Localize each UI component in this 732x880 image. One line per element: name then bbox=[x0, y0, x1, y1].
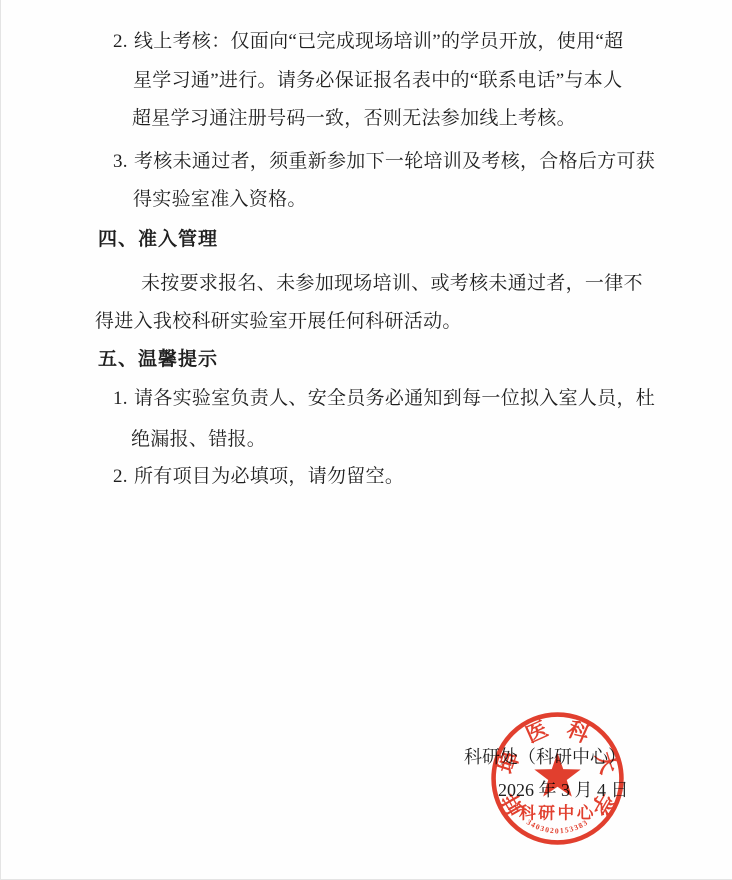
list-number: 1. bbox=[113, 388, 134, 410]
document-page: 2.线上考核：仅面向“已完成现场培训”的学员开放，使用“超 星学习通”进行。请务… bbox=[0, 0, 732, 880]
list-number: 3. bbox=[113, 151, 134, 173]
seal-ring-char: 大 bbox=[591, 749, 621, 777]
list-item-text: 线上考核：仅面向“已完成现场培训”的学员开放，使用“超 bbox=[134, 31, 623, 52]
section-heading-access-management: 四、准入管理 bbox=[98, 229, 218, 251]
list-item-line: 星学习通”进行。请务必保证报名表中的“联系电话”与本人 bbox=[133, 70, 622, 92]
list-item-text: 考核未通过者，须重新参加下一轮培训及考核，合格后方可获 bbox=[134, 151, 655, 172]
list-number: 2. bbox=[113, 31, 134, 53]
list-item-line: 2.线上考核：仅面向“已完成现场培训”的学员开放，使用“超 bbox=[113, 31, 623, 53]
list-item-line: 超星学习通注册号码一致，否则无法参加线上考核。 bbox=[132, 108, 576, 130]
list-item-line: 绝漏报、错报。 bbox=[131, 429, 266, 451]
list-number: 2. bbox=[113, 466, 134, 488]
list-item-text: 所有项目为必填项，请勿留空。 bbox=[134, 466, 404, 487]
official-seal: 蚌 埠 医 科 大 学 科研中心 3403020153383 bbox=[489, 710, 626, 847]
list-item-line: 得实验室准入资格。 bbox=[133, 189, 307, 211]
list-item-line: 3.考核未通过者，须重新参加下一轮培训及考核，合格后方可获 bbox=[113, 151, 655, 173]
paragraph-line: 未按要求报名、未参加现场培训、或考核未通过者，一律不 bbox=[141, 273, 643, 295]
list-item-line: 1.请各实验室负责人、安全员务必通知到每一位拟入室人员，杜 bbox=[113, 388, 655, 410]
section-heading-warm-tips: 五、温馨提示 bbox=[98, 349, 218, 371]
star-icon bbox=[534, 753, 580, 797]
paragraph-line: 得进入我校科研实验室开展任何科研活动。 bbox=[95, 311, 462, 333]
list-item-line: 2.所有项目为必填项，请勿留空。 bbox=[113, 466, 404, 488]
list-item-text: 请各实验室负责人、安全员务必通知到每一位拟入室人员，杜 bbox=[134, 388, 655, 409]
seal-ring-char: 埠 bbox=[495, 748, 525, 776]
